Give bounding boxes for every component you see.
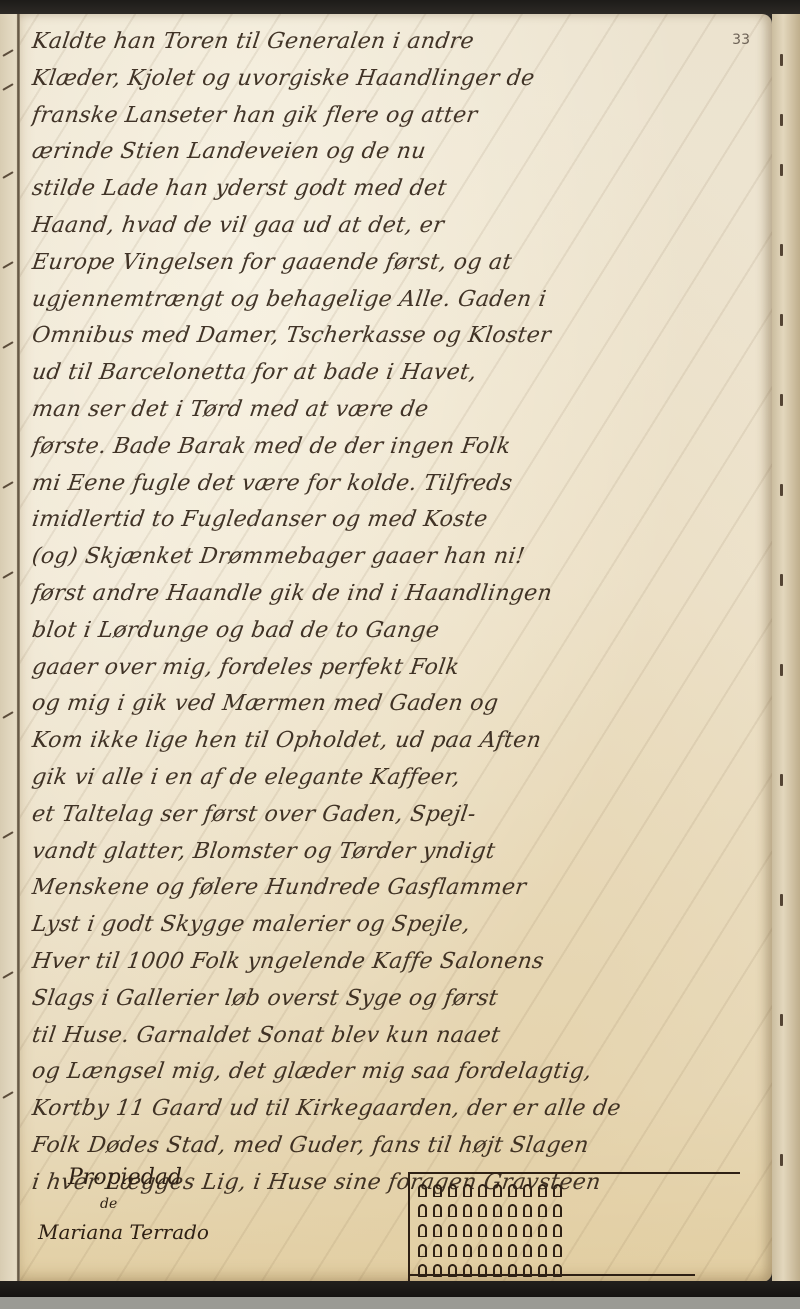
ink-fragment	[780, 164, 783, 176]
arch-mark-icon	[523, 1224, 532, 1237]
arch-mark-icon	[478, 1224, 487, 1237]
manuscript-page: 33 Kaldte han Toren til Generalen i andr…	[20, 14, 772, 1282]
handwritten-line: til Huse. Garnaldet Sonat blev kun naaet	[29, 1018, 764, 1055]
arch-mark-icon	[523, 1244, 532, 1257]
arch-mark-icon	[493, 1224, 502, 1237]
handwritten-text-block: Kaldte han Toren til Generalen i andre K…	[32, 24, 762, 1202]
arch-mark-icon	[538, 1244, 547, 1257]
arch-mark-icon	[493, 1244, 502, 1257]
arch-mark-icon	[448, 1244, 457, 1257]
handwritten-line: vandt glatter, Blomster og Tørder yndigt	[29, 834, 764, 871]
tally-grid-drawing	[408, 1172, 740, 1282]
arch-mark-icon	[538, 1204, 547, 1217]
ink-fragment	[2, 831, 13, 839]
handwritten-line: og mig i gik ved Mærmen med Gaden og	[29, 686, 764, 723]
ink-fragment	[780, 244, 783, 256]
grid-bottom-rule	[410, 1274, 695, 1276]
arch-mark-icon	[463, 1244, 472, 1257]
handwritten-line: Slags i Gallerier løb overst Syge og før…	[29, 981, 764, 1018]
ink-fragment	[780, 114, 783, 126]
arch-mark-icon	[523, 1204, 532, 1217]
arch-mark-icon	[553, 1244, 562, 1257]
arch-mark-icon	[433, 1184, 442, 1197]
ownership-inscription: Propiedad de Mariana Terrado	[38, 1165, 298, 1244]
arch-mark-icon	[418, 1184, 427, 1197]
arch-mark-icon	[433, 1204, 442, 1217]
arch-mark-icon	[538, 1184, 547, 1197]
ink-fragment	[780, 1014, 783, 1026]
arch-mark-icon	[463, 1224, 472, 1237]
table-surface	[0, 1297, 800, 1309]
arch-mark-icon	[478, 1204, 487, 1217]
handwritten-line: (og) Skjænket Drømmebager gaaer han ni!	[29, 539, 764, 576]
handwritten-line: ud til Barcelonetta for at bade i Havet,	[29, 355, 764, 392]
arch-mark-icon	[493, 1184, 502, 1197]
handwritten-line: Lyst i godt Skygge malerier og Spejle,	[29, 907, 764, 944]
arch-mark-icon	[523, 1184, 532, 1197]
arch-mark-icon	[493, 1204, 502, 1217]
handwritten-line: Omnibus med Damer, Tscherkasse og Kloste…	[29, 318, 764, 355]
arch-mark-icon	[478, 1184, 487, 1197]
ink-fragment	[2, 261, 13, 269]
handwritten-line: Menskene og følere Hundrede Gasflammer	[29, 870, 764, 907]
ink-fragment	[780, 394, 783, 406]
ink-fragment	[2, 971, 13, 979]
handwritten-line: Kom ikke lige hen til Opholdet, ud paa A…	[29, 723, 764, 760]
ink-fragment	[780, 894, 783, 906]
handwritten-line: gaaer over mig, fordeles perfekt Folk	[29, 650, 764, 687]
ink-fragment	[2, 481, 13, 489]
ink-fragment	[2, 711, 13, 719]
handwritten-line: Kaldte han Toren til Generalen i andre	[29, 24, 764, 61]
arch-mark-icon	[553, 1204, 562, 1217]
handwritten-line: ugjennemtrængt og behagelige Alle. Gaden…	[29, 282, 764, 319]
handwritten-line: stilde Lade han yderst godt med det	[29, 171, 764, 208]
arch-mark-icon	[418, 1224, 427, 1237]
ink-fragment	[780, 484, 783, 496]
arch-mark-icon	[553, 1184, 562, 1197]
handwritten-line: Kortby 11 Gaard ud til Kirkegaarden, der…	[29, 1091, 764, 1128]
bottom-binding	[0, 1281, 800, 1297]
arch-mark-icon	[448, 1204, 457, 1217]
tally-row	[418, 1180, 562, 1200]
ink-fragment	[780, 314, 783, 326]
arch-mark-icon	[463, 1204, 472, 1217]
handwritten-line: gik vi alle i en af de elegante Kaffeer,	[29, 760, 764, 797]
handwritten-line: franske Lanseter han gik flere og atter	[29, 98, 764, 135]
inscription-owner-name: Mariana Terrado	[38, 1220, 298, 1244]
ink-fragment	[2, 341, 13, 349]
ink-fragment	[780, 664, 783, 676]
ink-fragment	[2, 49, 13, 57]
ink-fragment	[2, 171, 13, 179]
tally-row	[418, 1200, 562, 1220]
handwritten-line: Haand, hvad de vil gaa ud at det, er	[29, 208, 764, 245]
handwritten-line: et Taltelag ser først over Gaden, Spejl-	[29, 797, 764, 834]
ink-fragment	[780, 54, 783, 66]
arch-mark-icon	[478, 1244, 487, 1257]
tally-row	[418, 1220, 562, 1240]
arch-mark-icon	[508, 1204, 517, 1217]
arch-mark-icon	[538, 1224, 547, 1237]
handwritten-line: Folk Dødes Stad, med Guder, fans til høj…	[29, 1128, 764, 1165]
arch-mark-icon	[553, 1224, 562, 1237]
inscription-propiedad: Propiedad	[68, 1165, 298, 1190]
arch-mark-icon	[433, 1224, 442, 1237]
handwritten-line: Hver til 1000 Folk yngelende Kaffe Salon…	[29, 944, 764, 981]
tally-grid-rows	[418, 1180, 562, 1280]
arch-mark-icon	[463, 1184, 472, 1197]
handwritten-line: man ser det i Tørd med at være de	[29, 392, 764, 429]
arch-mark-icon	[508, 1184, 517, 1197]
handwritten-line: ærinde Stien Landeveien og de nu	[29, 134, 764, 171]
tally-row	[418, 1240, 562, 1260]
handwritten-line: Europe Vingelsen for gaaende først, og a…	[29, 245, 764, 282]
handwritten-line: imidlertid to Fugledanser og med Koste	[29, 502, 764, 539]
arch-mark-icon	[418, 1244, 427, 1257]
handwritten-line: mi Eene fugle det være for kolde. Tilfre…	[29, 466, 764, 503]
ink-fragment	[780, 774, 783, 786]
tally-row	[418, 1260, 562, 1280]
inscription-de: de	[100, 1196, 298, 1212]
handwritten-line: blot i Lørdunge og bad de to Gange	[29, 613, 764, 650]
ink-fragment	[780, 574, 783, 586]
arch-mark-icon	[448, 1184, 457, 1197]
arch-mark-icon	[433, 1244, 442, 1257]
ink-fragment	[2, 1091, 13, 1099]
arch-mark-icon	[448, 1224, 457, 1237]
arch-mark-icon	[508, 1244, 517, 1257]
ink-fragment	[2, 571, 13, 579]
next-page-edge	[772, 14, 800, 1282]
ink-fragment	[780, 1154, 783, 1166]
handwritten-line: første. Bade Barak med de der ingen Folk	[29, 429, 764, 466]
arch-mark-icon	[508, 1224, 517, 1237]
handwritten-line: først andre Haandle gik de ind i Haandli…	[29, 576, 764, 613]
ink-fragment	[2, 83, 13, 91]
arch-mark-icon	[418, 1204, 427, 1217]
handwritten-line: Klæder, Kjolet og uvorgiske Haandlinger …	[29, 61, 764, 98]
handwritten-line: og Længsel mig, det glæder mig saa forde…	[29, 1054, 764, 1091]
